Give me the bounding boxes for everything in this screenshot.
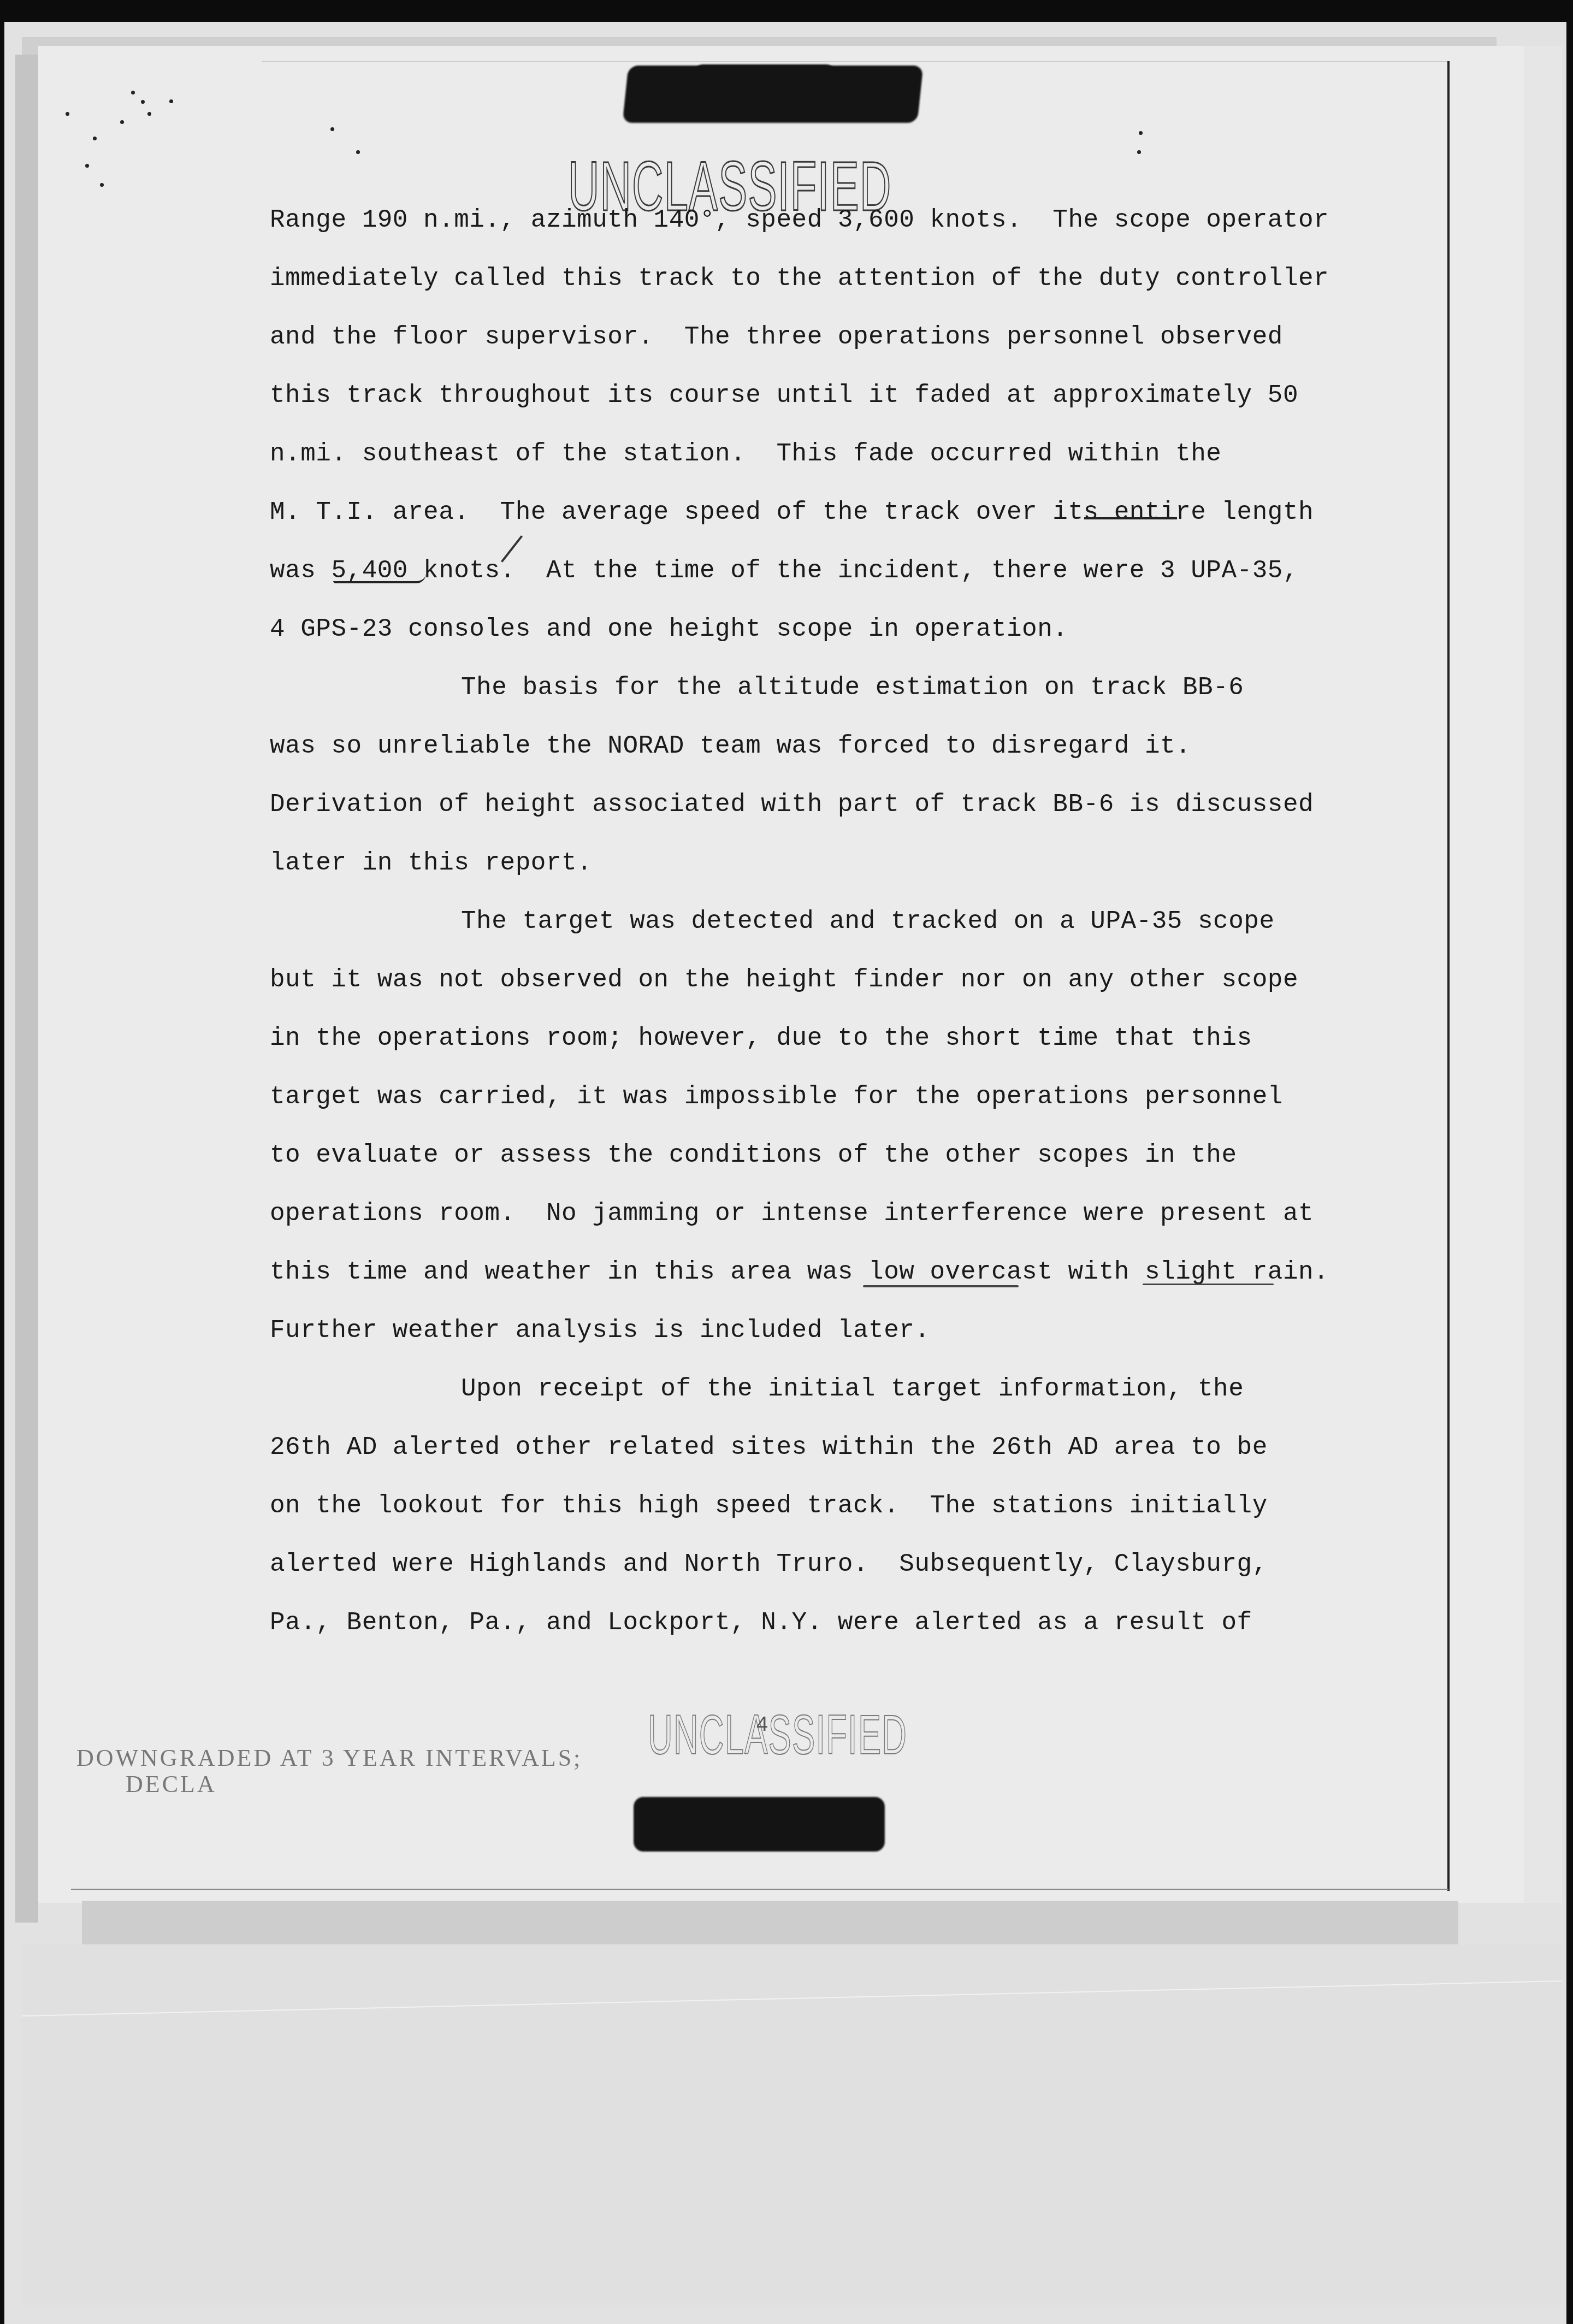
text-line: 26th AD alerted other related sites with…	[270, 1418, 1308, 1477]
page-border-right	[1447, 61, 1450, 1891]
downgrade-line-1: DOWNGRADED AT 3 YEAR INTERVALS;	[76, 1745, 582, 1771]
paragraph-1: Range 190 n.mi., azimuth 140°, speed 3,6…	[270, 191, 1308, 659]
text-line: Pa., Benton, Pa., and Lockport, N.Y. wer…	[270, 1594, 1308, 1652]
text-line: in the operations room; however, due to …	[270, 1009, 1308, 1068]
text-line: later in this report.	[270, 834, 1308, 892]
text-line: was 5,400 knots. At the time of the inci…	[270, 542, 1308, 600]
document-body: Range 190 n.mi., azimuth 140°, speed 3,6…	[270, 191, 1308, 1652]
text-line: this track throughout its course until i…	[270, 366, 1308, 425]
text-line: 4 GPS-23 consoles and one height scope i…	[270, 600, 1308, 659]
text-line: The target was detected and tracked on a…	[270, 892, 1308, 951]
text-line: target was carried, it was impossible fo…	[270, 1068, 1308, 1126]
text-line: operations room. No jamming or intense i…	[270, 1185, 1308, 1243]
text-line: n.mi. southeast of the station. This fad…	[270, 425, 1308, 483]
paragraph-4: Upon receipt of the initial target infor…	[270, 1360, 1308, 1652]
text-line: The basis for the altitude estimation on…	[270, 659, 1308, 717]
underline-mark-5400	[333, 573, 426, 583]
text-line: Range 190 n.mi., azimuth 140°, speed 3,6…	[270, 191, 1308, 250]
paragraph-2: The basis for the altitude estimation on…	[270, 659, 1308, 892]
page-number: 4	[756, 1714, 768, 1737]
text-line: Upon receipt of the initial target infor…	[270, 1360, 1308, 1418]
text-line: but it was not observed on the height fi…	[270, 951, 1308, 1009]
underline-mark-low-overcast	[863, 1285, 1019, 1287]
text-line: immediately called this track to the att…	[270, 250, 1308, 308]
text-line: Derivation of height associated with par…	[270, 776, 1308, 834]
text-line: Further weather analysis is included lat…	[270, 1302, 1308, 1360]
text-line: was so unreliable the NORAD team was for…	[270, 717, 1308, 776]
text-line: on the lookout for this high speed track…	[270, 1477, 1308, 1535]
text-line: alerted were Highlands and North Truro. …	[270, 1535, 1308, 1594]
text-line: M. T.I. area. The average speed of the t…	[270, 483, 1308, 542]
downgrade-line-2: DECLA	[76, 1771, 582, 1797]
underline-mark-entire	[1084, 517, 1177, 519]
page-border-bottom	[71, 1889, 1448, 1890]
unclassified-stamp-bottom: UNCLASSIFIED	[648, 1703, 907, 1767]
redacted-classification-top-overlay	[694, 64, 836, 97]
page-border-top	[262, 61, 1447, 62]
text-line: this time and weather in this area was l…	[270, 1243, 1308, 1302]
paragraph-3: The target was detected and tracked on a…	[270, 892, 1308, 1360]
underline-mark-slight-rain	[1143, 1284, 1274, 1285]
downgrade-notice: DOWNGRADED AT 3 YEAR INTERVALS; DECLA	[76, 1745, 582, 1797]
text-line: to evaluate or assess the conditions of …	[270, 1126, 1308, 1185]
text-line: and the floor supervisor. The three oper…	[270, 308, 1308, 366]
scan-shadow-left	[15, 55, 38, 1923]
redacted-classification-bottom	[634, 1797, 885, 1852]
page-margin-strip	[1524, 46, 1562, 1903]
